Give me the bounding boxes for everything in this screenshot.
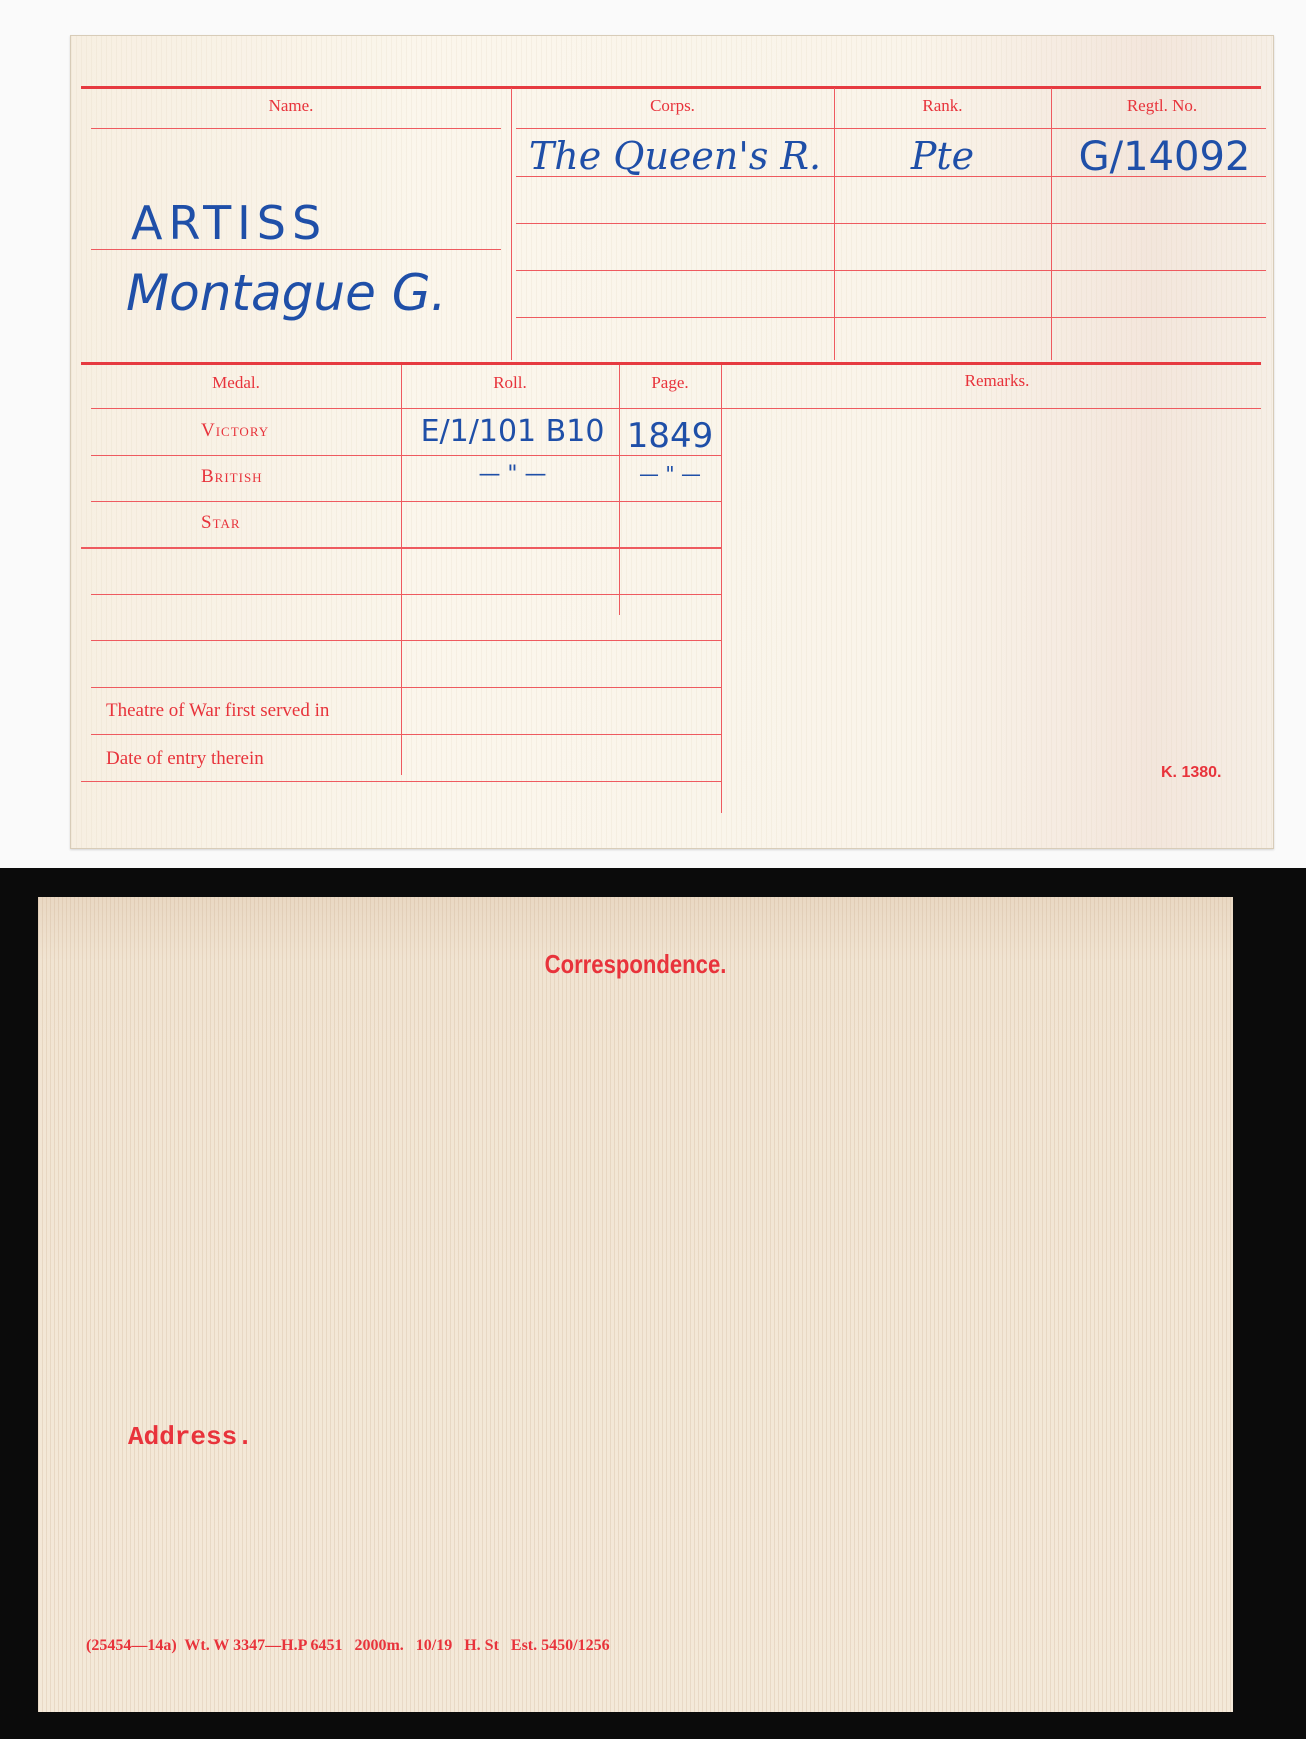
header-medal: Medal. <box>71 373 401 393</box>
page-victory-handwritten: 1849 <box>619 416 721 456</box>
medal-british-label: British <box>201 466 263 488</box>
rule <box>91 501 721 502</box>
rule <box>516 317 1266 318</box>
rule <box>91 594 721 595</box>
rule <box>91 408 1261 409</box>
header-remarks: Remarks. <box>721 371 1273 391</box>
divider-name-corps <box>511 88 512 360</box>
surname-handwritten: ARTISS <box>131 196 327 250</box>
page-british-handwritten: — " — <box>619 462 721 486</box>
rule <box>516 223 1266 224</box>
rule <box>91 128 501 129</box>
header-name: Name. <box>71 96 511 116</box>
address-label: Address. <box>128 1422 253 1452</box>
rule <box>91 687 721 688</box>
rank-handwritten: Pte <box>834 134 1051 178</box>
header-roll: Roll. <box>401 373 619 393</box>
corps-handwritten: The Queen's R. <box>516 134 834 178</box>
rule <box>81 547 721 549</box>
rule <box>516 128 1266 129</box>
medal-index-card-back: Correspondence. Address. (25454—14a) Wt.… <box>38 897 1233 1712</box>
regtl-no-handwritten: G/14092 <box>1056 134 1273 180</box>
divider-page-remarks <box>721 365 722 813</box>
printer-imprint: (25454—14a) Wt. W 3347—H.P 6451 2000m. 1… <box>86 1637 610 1655</box>
top-rule <box>81 86 1261 89</box>
medal-star-label: Star <box>201 512 241 534</box>
theatre-of-war-label: Theatre of War first served in <box>106 700 329 722</box>
rule <box>91 734 721 735</box>
divider-roll-page <box>619 365 620 615</box>
header-corps: Corps. <box>511 96 834 116</box>
divider-medal-roll <box>401 365 402 775</box>
date-of-entry-label: Date of entry therein <box>106 748 264 770</box>
medal-victory-label: Victory <box>201 420 269 442</box>
rule <box>91 640 721 641</box>
form-number: K. 1380. <box>1161 764 1221 782</box>
header-page: Page. <box>619 373 721 393</box>
header-regtl-no: Regtl. No. <box>1051 96 1273 116</box>
correspondence-heading: Correspondence. <box>128 949 1144 980</box>
roll-british-handwritten: — " — <box>406 462 619 487</box>
header-rank: Rank. <box>834 96 1051 116</box>
rule <box>81 781 721 782</box>
medal-index-card-front: Name. Corps. Rank. Regtl. No. ARTISS Mon… <box>70 35 1274 849</box>
rule <box>516 270 1266 271</box>
middle-rule <box>81 362 1261 365</box>
forenames-handwritten: Montague G. <box>126 264 446 322</box>
roll-victory-handwritten: E/1/101 B10 <box>406 414 619 449</box>
